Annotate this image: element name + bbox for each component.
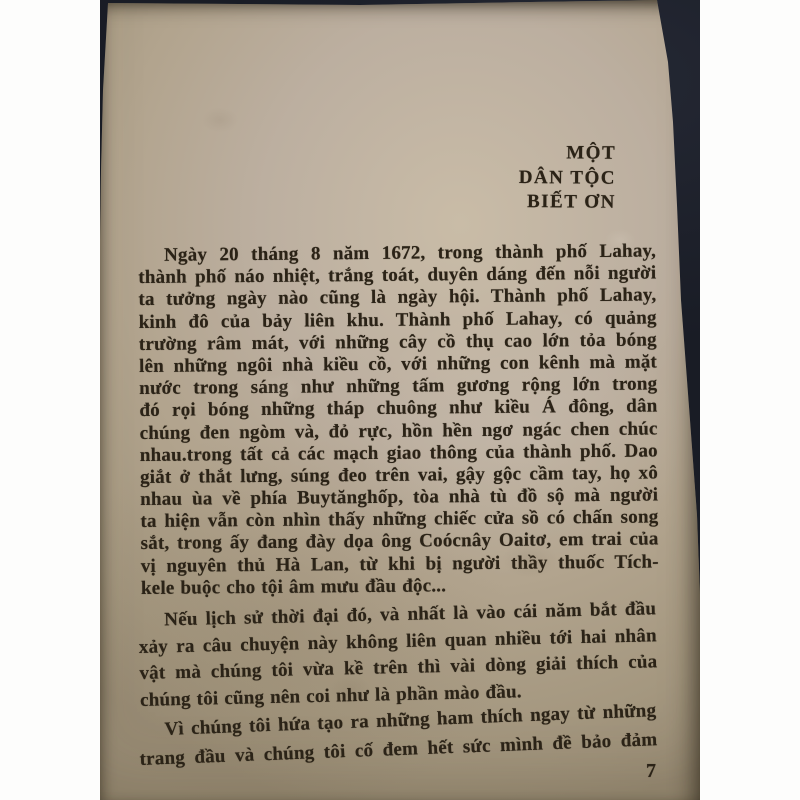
page-number: 7 xyxy=(646,760,656,783)
scanned-book-image: MỘT DÂN TỘC BIẾT ƠN Ngày 20 tháng 8 năm … xyxy=(0,0,800,800)
body-paragraph-1: Ngày 20 tháng 8 năm 1672, trong thành ph… xyxy=(138,240,659,600)
chapter-heading-line: MỘT xyxy=(416,140,616,166)
book-page: MỘT DÂN TỘC BIẾT ƠN Ngày 20 tháng 8 năm … xyxy=(100,0,700,800)
text-line: kele buộc cho tội âm mưu đầu độc... xyxy=(141,573,659,600)
text-line: vị nguyên thủ Hà Lan, từ khi bị người th… xyxy=(141,551,659,578)
chapter-heading-line: DÂN TỘC xyxy=(416,165,616,191)
chapter-heading-line: BIẾT ƠN xyxy=(416,189,616,215)
book-photo-background: MỘT DÂN TỘC BIẾT ƠN Ngày 20 tháng 8 năm … xyxy=(100,0,700,800)
chapter-heading: MỘT DÂN TỘC BIẾT ƠN xyxy=(416,140,617,215)
body-paragraph-2: Nếu lịch sử thời đại đó, và nhất là vào … xyxy=(138,596,658,714)
